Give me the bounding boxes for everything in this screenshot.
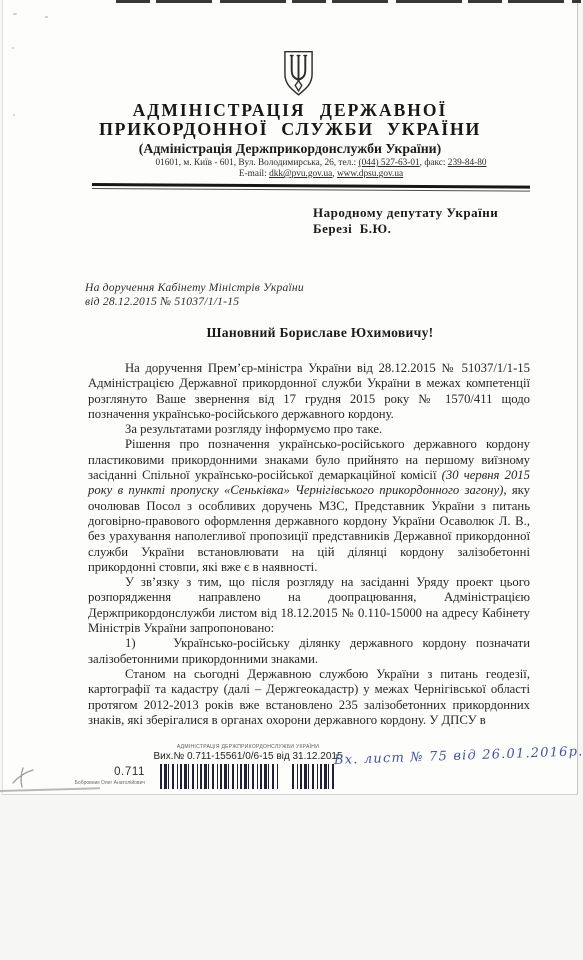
text-segment: Станом на сьогодні Державною службою Укр…: [88, 667, 530, 727]
paragraph: Рішення про позначення українсько-російс…: [88, 437, 530, 575]
scan-speck: [12, 47, 14, 49]
pen-cross-mark-icon: [11, 766, 37, 795]
stamp-outgoing-number: Вих.№ 0.711-15561/0/6-15 від 31.12.2015: [150, 751, 346, 762]
letter-body: На доручення Прем’єр-міністра України ві…: [88, 361, 530, 728]
org-name-alt: (Адміністрація Держприкордонслужби Украї…: [0, 141, 580, 157]
text-segment: 1) Українсько-російську ділянку державно…: [88, 636, 530, 665]
text-segment: dkk@pvu.gov.ua: [269, 169, 332, 179]
text-segment: www.dpsu.gov.ua: [337, 169, 403, 179]
stamp-code: 0.711: [45, 766, 145, 778]
org-email-line: E-mail: dkk@pvu.gov.ua, www.dpsu.gov.ua: [92, 169, 550, 180]
org-name-line1: АДМІНІСТРАЦІЯ ДЕРЖАВНОЇ: [0, 100, 580, 121]
stamp-org-name: АДМІНІСТРАЦІЯ ДЕРЖПРИКОРДОНСЛУЖБИ УКРАЇН…: [150, 744, 346, 750]
paragraph: Станом на сьогодні Державною службою Укр…: [88, 667, 530, 728]
text-segment: E-mail:: [239, 169, 269, 179]
scan-speck: [45, 16, 48, 18]
paragraph: За результатами розгляду інформуємо про …: [88, 422, 530, 437]
text-segment: 01601, м. Київ - 601, Вул. Володимирська…: [155, 158, 358, 168]
barcode-gap: [280, 764, 289, 789]
paragraph: На доручення Прем’єр-міністра України ві…: [88, 361, 530, 422]
text-segment: На доручення Прем’єр-міністра України ві…: [88, 361, 530, 421]
paragraph: 1) Українсько-російську ділянку державно…: [88, 636, 530, 667]
recipient-title: Народному депутату України: [313, 205, 498, 221]
org-name-line2: ПРИКОРДОННОЇ СЛУЖБИ УКРАЇНИ: [0, 119, 580, 140]
text-segment: У зв’язку з тим, що після розгляду на за…: [88, 575, 530, 635]
recipient-name: Березі Б.Ю.: [313, 221, 498, 237]
salutation: Шановний Бориславе Юхимовичу!: [110, 325, 530, 341]
ukraine-tryzub-coat-of-arms-icon: [282, 50, 315, 103]
scanned-letter: АДМІНІСТРАЦІЯ ДЕРЖАВНОЇ ПРИКОРДОННОЇ СЛУ…: [0, 0, 583, 960]
scan-speck: [13, 13, 17, 15]
reference-line2: від 28.12.2015 № 51037/1/1-15: [85, 295, 304, 309]
stamp-signer-name: Бобровник Олег Анатолійович: [45, 780, 145, 786]
text-segment: , факс:: [420, 158, 448, 168]
reference-line1: На доручення Кабінету Міністрів України: [85, 281, 304, 295]
barcode-icon: [160, 764, 336, 789]
text-segment: (044) 527-63-01: [358, 158, 419, 168]
org-address-line: 01601, м. Київ - 601, Вул. Володимирська…: [92, 158, 550, 169]
paragraph: У зв’язку з тим, що після розгляду на за…: [88, 575, 530, 636]
scanner-edge-artifact: [116, 0, 581, 3]
text-segment: За результатами розгляду інформуємо про …: [125, 422, 382, 436]
text-segment: 239-84-80: [448, 158, 487, 168]
